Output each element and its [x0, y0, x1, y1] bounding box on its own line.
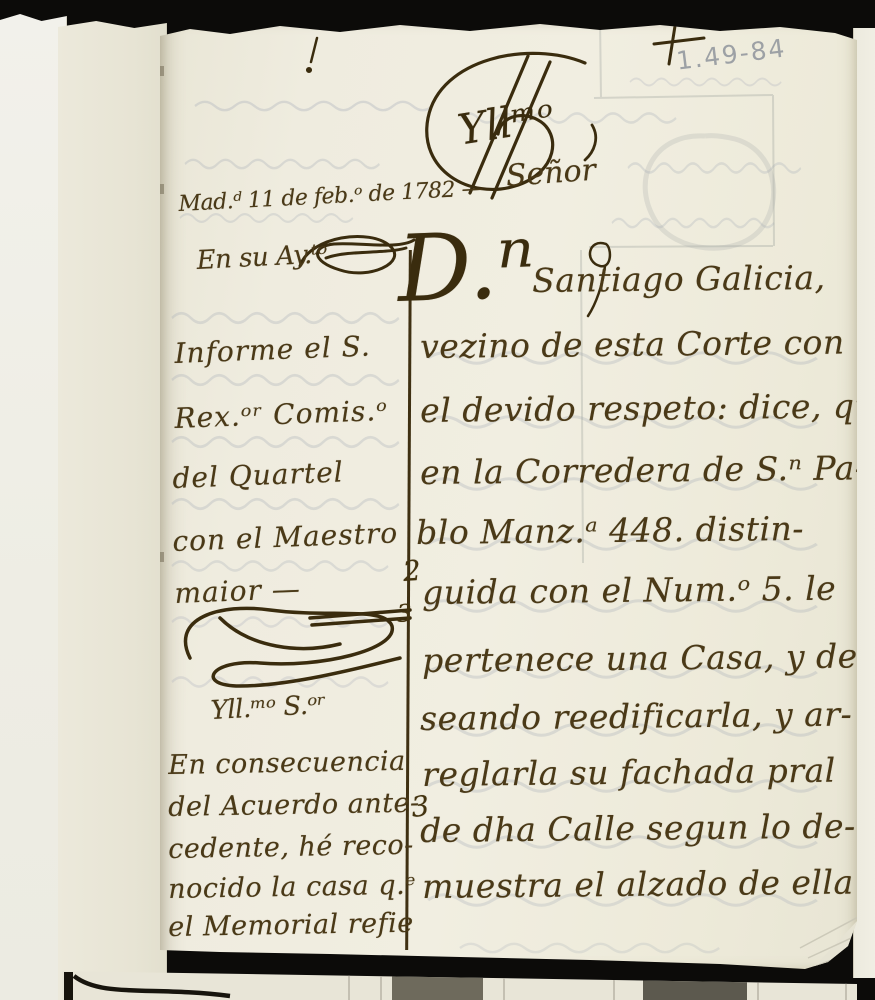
under-page-left-edge — [0, 12, 67, 1000]
fold-number: 3 — [410, 792, 431, 822]
main-page: 1.49-84 Yllᵐᵒ Señor Mad.ᵈ 11 de feb.ᵒ de… — [160, 18, 857, 975]
petition-line: vezino de esta Corte con — [420, 326, 845, 363]
patch-separator — [757, 971, 759, 1000]
scanned-manuscript: 1.49-84 Yllᵐᵒ Señor Mad.ᵈ 11 de feb.ᵒ de… — [0, 0, 875, 1000]
report-heading: Yll.ᵐᵒ S.ᵒʳ — [210, 692, 326, 724]
fold-number: 3 — [396, 601, 413, 626]
petition-initial: D.ⁿ — [396, 219, 536, 316]
report-line: En consecuencia — [168, 748, 406, 779]
patch-separator — [503, 971, 505, 1000]
petition-line: reglarla su fachada pral — [422, 754, 836, 791]
decree-line: Rex.ᵒʳ Comis.ᵒ — [174, 397, 389, 433]
patch-separator — [380, 971, 382, 1000]
report-line: del Acuerdo ante- — [168, 790, 420, 821]
petition-line: seando reedificarla, y ar- — [420, 697, 852, 735]
session-heading: En su Ay.ᵗᵒ — [196, 241, 328, 274]
petition-line: blo Manz.ᵃ 448. distin- — [416, 512, 804, 549]
report-line: cedente, hé reco- — [168, 832, 414, 863]
patch-separator — [845, 971, 847, 1000]
salutation-title: Señor — [505, 156, 597, 192]
patch-separator — [613, 971, 615, 1000]
decree-line: con el Maestro — [172, 519, 399, 556]
petition-line: de dha Calle segun lo de- — [420, 809, 856, 847]
binding-stitch — [160, 552, 164, 562]
petition-line: muestra el alzado de ella — [422, 865, 854, 903]
under-page-middle-strip — [58, 18, 167, 1000]
gray-scale-patch-dark-1 — [392, 972, 483, 1000]
report-line: el Memorial refie — [168, 910, 414, 941]
rubric-flourish — [185, 608, 410, 686]
decree-line: Informe el S. — [174, 332, 371, 368]
petition-line: guida con el Num.ᵒ 5. le — [422, 572, 836, 609]
patch-separator — [348, 971, 350, 1000]
ink-cross-mark-left — [307, 38, 317, 72]
decree-line: del Quartel — [172, 458, 344, 493]
report-line: nocido la casa q.ᵉ — [168, 872, 416, 903]
petition-line: Santiago Galicia, — [532, 261, 826, 297]
petition-line: el devido respeto: dice, que — [420, 389, 875, 427]
binding-stitch — [160, 66, 164, 76]
ink-stroke-next-sheet — [62, 968, 262, 1000]
fold-number: 2 — [402, 557, 422, 586]
next-sheet-strip — [62, 968, 857, 1000]
decree-line: maior — — [174, 575, 301, 608]
petition-line: pertenece una Casa, y de — [422, 639, 858, 677]
petition-line: en la Corredera de S.ⁿ Pa- — [420, 451, 867, 489]
gray-scale-patch-dark-2 — [643, 976, 747, 1000]
binding-stitch — [160, 184, 164, 194]
